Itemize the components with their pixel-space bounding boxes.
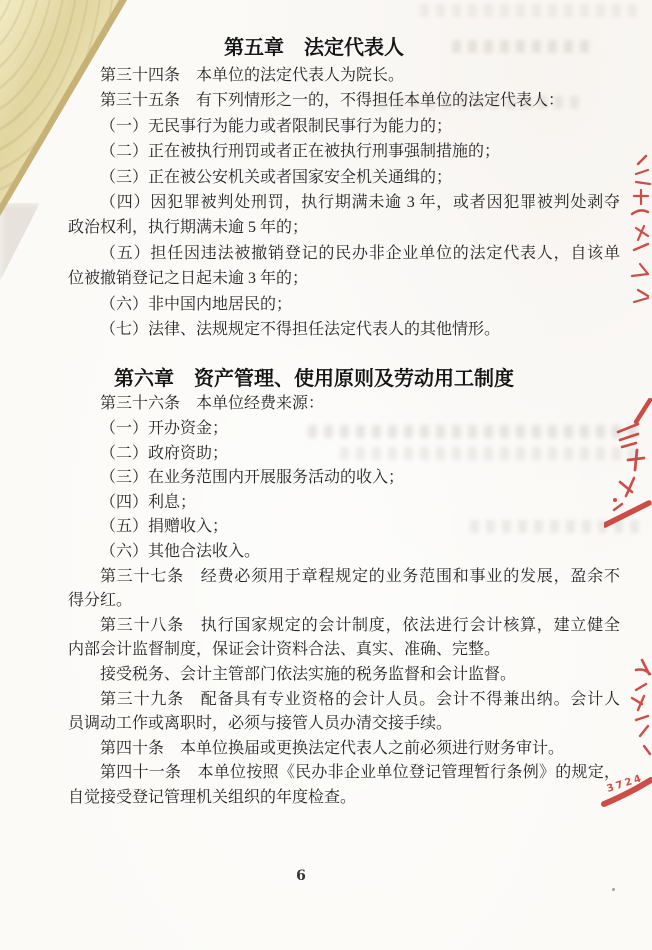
charter-line: （一）无民事行为能力或者限制民事行为能力的； bbox=[68, 114, 620, 139]
charter-line: 政治权利，执行期满未逾 5 年的； bbox=[68, 215, 620, 240]
charter-line: （三）正在被公安机关或者国家安全机关通缉的； bbox=[68, 165, 620, 190]
charter-line: （五）担任因违法被撤销登记的民办非企业单位的法定代表人，自该单 bbox=[68, 241, 620, 266]
page-number: 6 bbox=[0, 868, 652, 884]
charter-line: （二）正在被执行刑罚或者正在被执行刑事强制措施的； bbox=[68, 139, 620, 164]
charter-line: 第三十七条 经费必须用于章程规定的业务范围和事业的发展，盈余不 bbox=[68, 565, 620, 590]
charter-line: 第四十条 本单位换届或更换法定代表人之前必须进行财务审计。 bbox=[68, 737, 620, 762]
seal-stamp-fragment-middle bbox=[604, 398, 652, 530]
charter-line: 位被撤销登记之日起未逾 3 年的； bbox=[68, 266, 620, 291]
charter-line: （五）捐赠收入； bbox=[68, 515, 620, 540]
paper-speck bbox=[612, 888, 615, 891]
charter-line: （六）其他合法收入。 bbox=[68, 540, 620, 565]
charter-line: 第三十八条 执行国家规定的会计制度，依法进行会计核算，建立健全 bbox=[68, 614, 620, 639]
charter-line: 第四十一条 本单位按照《民办非企业单位登记管理暂行条例》的规定， bbox=[68, 761, 620, 786]
charter-line: （七）法律、法规规定不得担任法定代表人的其他情形。 bbox=[68, 317, 620, 342]
charter-line: （二）政府资助； bbox=[68, 442, 620, 467]
chapter-5-body: 第三十四条 本单位的法定代表人为院长。 第三十五条 有下列情形之一的，不得担任本… bbox=[68, 63, 620, 342]
chapter-5-heading: 第五章 法定代表人 bbox=[68, 34, 620, 60]
charter-line: （四）因犯罪被判处刑罚，执行期满未逾 3 年，或者因犯罪被判处剥夺 bbox=[68, 190, 620, 215]
charter-line: （四）利息； bbox=[68, 491, 620, 516]
charter-line: 第三十四条 本单位的法定代表人为院长。 bbox=[68, 63, 620, 88]
charter-line: 得分红。 bbox=[68, 589, 620, 614]
charter-line: 第三十九条 配备具有专业资格的会计人员。会计不得兼出纳。会计人 bbox=[68, 688, 620, 713]
document-text: 第五章 法定代表人 第三十四条 本单位的法定代表人为院长。 第三十五条 有下列情… bbox=[68, 34, 620, 811]
page-corner-shadow bbox=[0, 203, 40, 281]
charter-line: 自觉接受登记管理机关组织的年度检查。 bbox=[68, 786, 620, 811]
chapter-6-heading: 第六章 资产管理、使用原则及劳动用工制度 bbox=[68, 365, 620, 392]
chapter-6-body: 第三十六条 本单位经费来源： （一）开办资金； （二）政府资助； （三）在业务范… bbox=[68, 392, 620, 810]
charter-line: 接受税务、会计主管部门依法实施的税务监督和会计监督。 bbox=[68, 663, 620, 688]
ink-bleedthrough bbox=[420, 4, 640, 17]
charter-line: 内部会计监督制度，保证会计资料合法、真实、准确、完整。 bbox=[68, 638, 620, 663]
scanned-document-page: 第五章 法定代表人 第三十四条 本单位的法定代表人为院长。 第三十五条 有下列情… bbox=[0, 0, 652, 950]
charter-line: （三）在业务范围内开展服务活动的收入； bbox=[68, 466, 620, 491]
charter-line: （六）非中国内地居民的； bbox=[68, 292, 620, 317]
charter-line: 员调动工作或离职时，必须与接管人员办清交接手续。 bbox=[68, 712, 620, 737]
seal-stamp-fragment-top bbox=[628, 152, 652, 314]
charter-line: 第三十六条 本单位经费来源： bbox=[68, 392, 620, 417]
charter-line: 第三十五条 有下列情形之一的，不得担任本单位的法定代表人： bbox=[68, 88, 620, 113]
seal-stamp-fragment-bottom: 3724 bbox=[600, 654, 652, 812]
charter-line: （一）开办资金； bbox=[68, 417, 620, 442]
